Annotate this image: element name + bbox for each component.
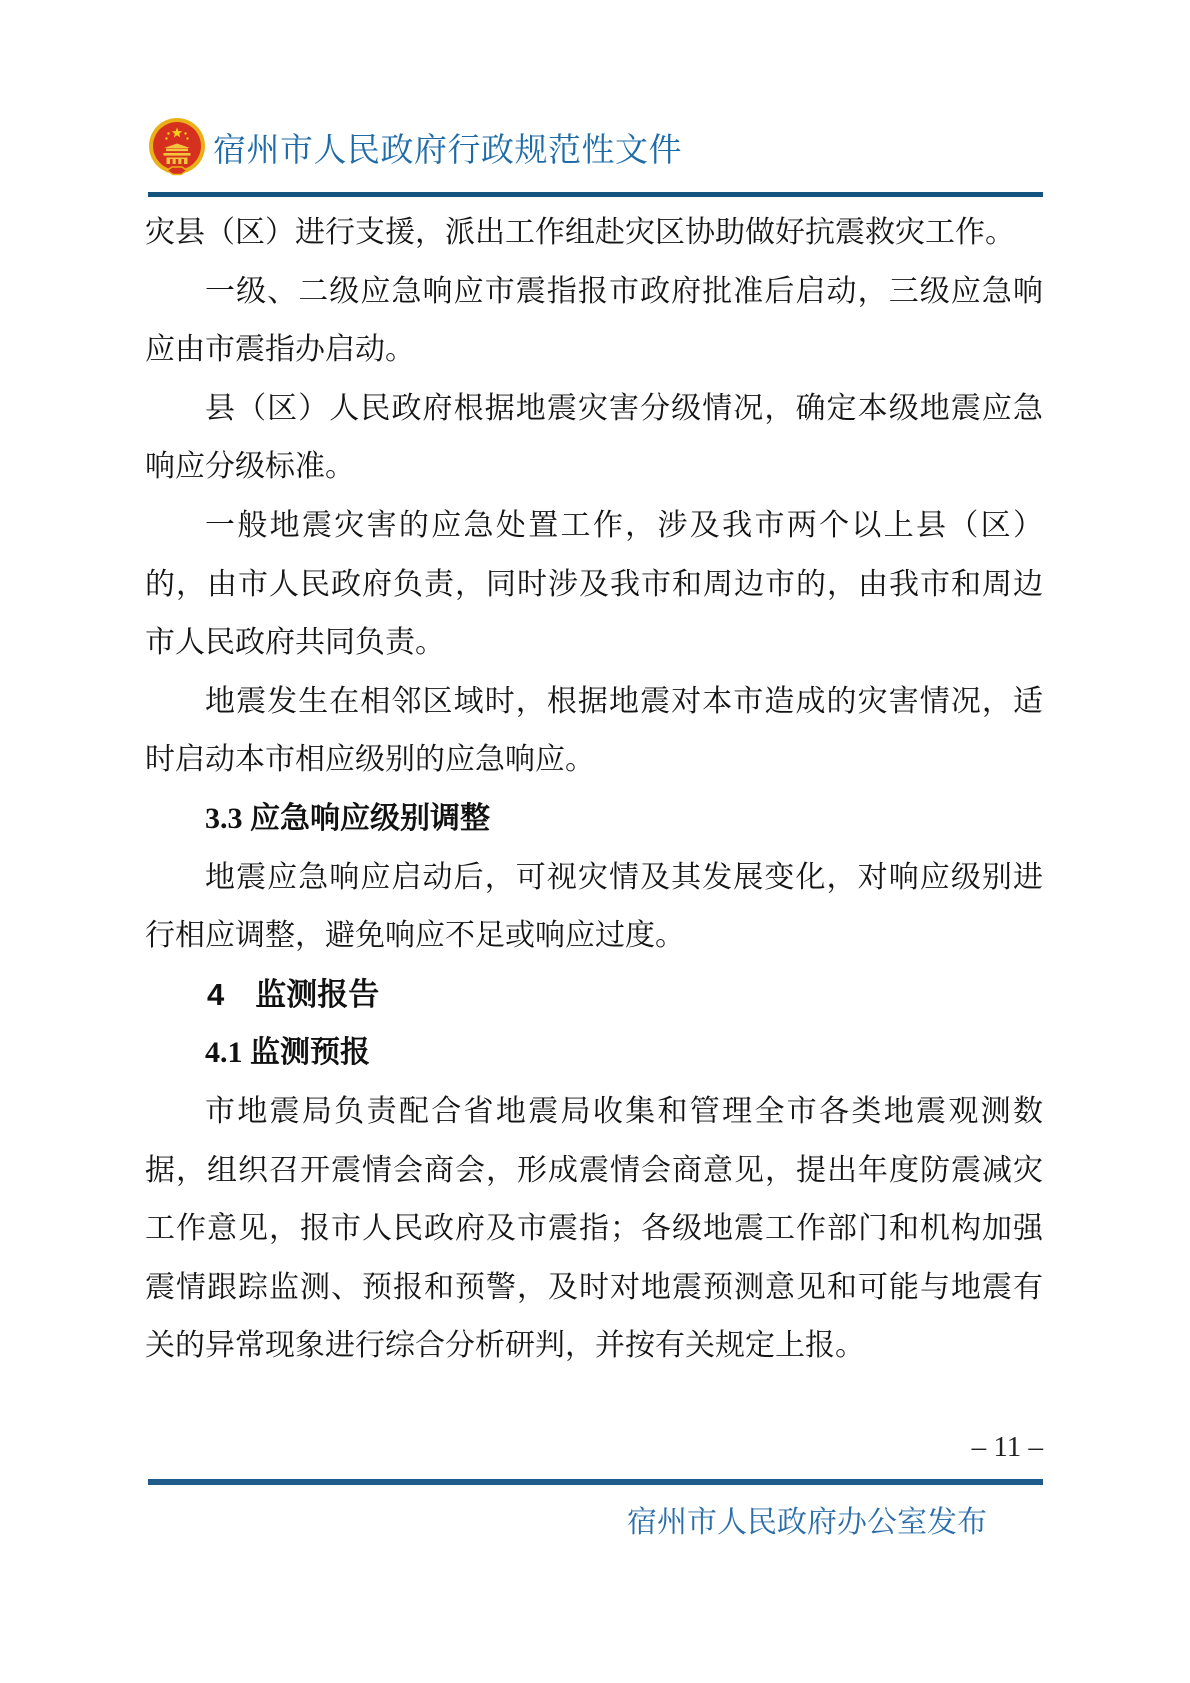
document-body: 灾县（区）进行支援，派出工作组赴灾区协助做好抗震救灾工作。 一级、二级应急响应市…	[145, 204, 1043, 1376]
body-paragraph: 县（区）人民政府根据地震灾害分级情况，确定本级地震应急响应分级标准。	[145, 380, 1043, 497]
section-heading-4-1: 4.1 监测预报	[145, 1024, 1043, 1083]
body-paragraph: 市地震局负责配合省地震局收集和管理全市各类地震观测数据，组织召开震情会商会，形成…	[145, 1083, 1043, 1376]
footer-publisher: 宿州市人民政府办公室发布	[627, 1502, 987, 1544]
body-paragraph: 一级、二级应急响应市震指报市政府批准后启动，三级应急响应由市震指办启动。	[145, 263, 1043, 380]
page-number: – 11 –	[972, 1428, 1043, 1466]
body-paragraph: 地震应急响应启动后，可视灾情及其发展变化，对响应级别进行相应调整，避免响应不足或…	[145, 849, 1043, 966]
document-page: 宿州市人民政府行政规范性文件 灾县（区）进行支援，派出工作组赴灾区协助做好抗震救…	[0, 0, 1190, 1683]
footer-rule	[148, 1479, 1043, 1485]
china-national-emblem-icon	[147, 117, 207, 177]
body-paragraph: 地震发生在相邻区域时，根据地震对本市造成的灾害情况，适时启动本市相应级别的应急响…	[145, 673, 1043, 790]
body-paragraph: 灾县（区）进行支援，派出工作组赴灾区协助做好抗震救灾工作。	[145, 204, 1043, 263]
document-header: 宿州市人民政府行政规范性文件	[147, 116, 682, 178]
document-type-title: 宿州市人民政府行政规范性文件	[213, 124, 682, 171]
section-heading-3-3: 3.3 应急响应级别调整	[145, 790, 1043, 849]
body-paragraph: 一般地震灾害的应急处置工作，涉及我市两个以上县（区）的，由市人民政府负责，同时涉…	[145, 497, 1043, 673]
header-rule	[148, 192, 1043, 197]
chapter-heading-4: 4 监测报告	[145, 966, 1043, 1025]
